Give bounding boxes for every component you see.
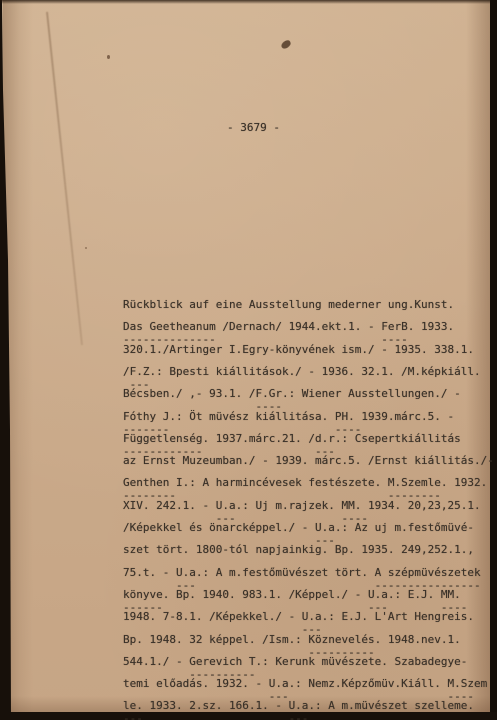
paper-speck [85, 247, 87, 249]
text-line: szet tört. 1800-tól napjainkig. Bp. 1935… [123, 543, 474, 556]
text-line: Bp. 1948. 32 képpel. /Ism.: Köznevelés. … [123, 633, 461, 646]
text-line: Fóthy J.: Öt müvész kiállitása. PH. 1939… [123, 410, 454, 423]
text-line: Függetlenség. 1937.márc.21. /d.r.: Csepe… [123, 432, 461, 445]
scan-border-left [0, 0, 12, 720]
scanned-document-page: - 3679 - Rückblick auf eine Ausstellung … [0, 0, 497, 720]
text-line: Bécsben./ ,- 93.1. /F.Gr.: Wiener Ausste… [123, 387, 461, 400]
text-line: temi előadás. 1932. - U.a.: Nemz.Képzőmü… [123, 677, 487, 690]
text-line: /Képekkel és önarcképpel./ - U.a.: Az uj… [123, 521, 474, 534]
text-line: 544.1./ - Gerevich T.: Kerunk müvészete.… [123, 655, 467, 668]
text-line: Das Geetheanum /Dernach/ 1944.ekt.1. - F… [123, 320, 454, 333]
underline-row: --- --- [123, 712, 308, 720]
paper-speck [107, 55, 110, 59]
text-line: XIV. 242.1. - U.a.: Uj m.rajzek. MM. 193… [123, 499, 481, 512]
text-line: Rückblick auf eine Ausstellung mederner … [123, 298, 454, 311]
text-line: 75.t. - U.a.: A m.festőmüvészet tört. A … [123, 566, 481, 579]
text-line: Genthen I.: A harmincévesek festészete. … [123, 476, 487, 489]
text-line: 320.1./Artinger I.Egry-könyvének ism./ -… [123, 343, 474, 356]
text-line: könyve. Bp. 1940. 983.1. /Képpel./ - U.a… [123, 588, 461, 601]
text-line: az Ernst Muzeumban./ - 1939. márc.5. /Er… [123, 454, 494, 467]
paper-crease [46, 12, 83, 345]
typewritten-text-block: Rückblick auf eine Ausstellung mederner … [123, 0, 497, 720]
text-line: 1948. 7-8.1. /Képekkel./ - U.a.: E.J. L'… [123, 610, 474, 623]
text-line: /F.Z.: Bpesti kiállitások./ - 1936. 32.1… [123, 365, 481, 378]
text-line: le. 1933. 2.sz. 166.1. - U.a.: A m.müvés… [123, 699, 474, 712]
